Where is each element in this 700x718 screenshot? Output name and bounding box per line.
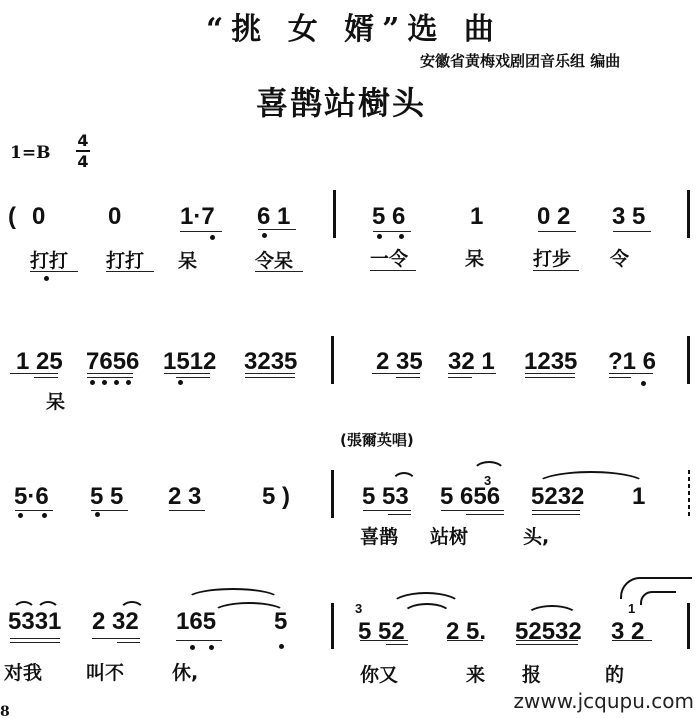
low-octave-dot [262,233,267,238]
lyric: 打打 [106,246,144,273]
barline [331,336,334,384]
note-group: ?1 6 [608,349,656,375]
underline [92,638,140,639]
underline [388,514,411,515]
lyric: 呆 [465,244,484,271]
underline [447,640,483,641]
underline [612,640,652,641]
note-group: 5 5 [90,484,123,510]
phrase-bracket [640,591,676,605]
underline [30,271,78,272]
note-group: 5232 [531,484,584,510]
barline [687,190,690,238]
low-octave-dot [399,234,404,239]
note-group: 7656 [86,349,139,375]
barline [331,603,334,649]
slur [526,605,578,616]
underline [396,377,420,378]
underline [373,231,411,232]
note-group: 2 5. [446,619,486,645]
low-octave-dot [209,645,214,650]
underline [532,514,580,515]
tie [535,471,647,485]
lyric: 站树 [430,522,468,549]
lyric: 报 [522,660,541,687]
barline-dashed [688,470,690,518]
time-signature-denominator: 4 [76,152,90,171]
underline [372,373,420,374]
underline [180,231,222,232]
key-signature: 1=B [10,143,50,163]
note-group: 2 35 [376,349,423,375]
note-group: 1·7 [180,204,215,230]
underline [609,373,653,374]
underline [370,270,416,271]
underline [34,377,58,378]
note-group: 0 [32,204,45,230]
low-octave-dot [42,513,47,518]
song-title: 喜鹊站樹头 [256,78,426,124]
underline [87,373,133,374]
underline [117,642,140,643]
time-signature-numerator: 4 [76,131,90,150]
lyric: 叫不 [86,658,124,685]
underline [363,510,411,511]
time-signature: 4 4 [76,131,90,171]
low-octave-dot [178,380,183,385]
underline [10,638,60,639]
lyric: 呆 [178,246,197,273]
underline [360,640,408,641]
underline [176,640,222,641]
note-group: 1512 [163,349,216,375]
note-group: 5 ) [262,484,290,510]
tie [212,602,286,613]
note-group: 5·6 [14,484,49,510]
underline [87,377,133,378]
underline [91,510,128,511]
note-group: 5 6 [372,204,405,230]
note-group: 1 [632,484,645,510]
arranger-credit: 安徽省黄梅戏剧团音乐组 编曲 [420,50,620,71]
low-octave-dot [95,512,100,517]
underline [609,377,631,378]
lyric: 的 [605,660,624,687]
watermark: zwww.jcqupu.com [514,689,694,713]
underline [448,377,472,378]
low-octave-dot [190,645,195,650]
low-octave-dot [279,644,284,649]
lyric: 一令 [370,244,408,271]
collection-title: “挑 女 婿”选 曲 [206,4,502,48]
note-group: 1 25 [16,349,63,375]
grace-note-mark: 1 [628,601,635,616]
lyric: 打步 [533,244,571,271]
slur [119,601,145,612]
underline [525,377,575,378]
triplet-mark: 3 [484,473,491,488]
lyric: 喜鹊 [360,522,398,549]
lyric: 令呆 [255,246,293,273]
underline [106,271,154,272]
low-octave-dot [126,380,131,385]
low-octave-dot [90,380,95,385]
underline [164,373,210,374]
underline [516,644,578,645]
underline [538,231,576,232]
note-group: 3 5 [612,204,645,230]
note-group: 2 3 [168,484,201,510]
underline [441,510,504,511]
note-group: 0 2 [537,204,570,230]
note-group: 32 1 [448,349,495,375]
underline [386,644,408,645]
note-group: 5 53 [362,484,409,510]
slur [12,601,36,612]
note-group: ( [8,204,16,230]
underline [613,231,651,232]
note-group: 0 [108,204,121,230]
barline [687,336,690,384]
underline [516,640,578,641]
slur [391,472,417,484]
slur [472,461,506,473]
underline [532,510,580,511]
note-group: 5331 [8,609,61,635]
slur [185,588,281,600]
grace-note-mark: 3 [355,601,362,616]
underline [10,642,60,643]
underline [258,229,296,230]
low-octave-dot [377,234,382,239]
underline [466,514,504,515]
note-group: 1235 [524,349,577,375]
low-octave-dot [18,513,23,518]
underline [245,373,295,374]
note-group: 6 1 [257,204,290,230]
lyric: 打打 [30,246,68,273]
lyric: 令 [610,244,629,271]
underline [533,270,579,271]
low-octave-dot [210,235,215,240]
singer-credit: (張爾英唱) [340,429,414,450]
underline [15,510,53,511]
underline [176,377,210,378]
barline [687,603,690,649]
underline [169,510,205,511]
note-group: 3 2 [611,619,644,645]
note-group: 52532 [515,619,582,645]
low-octave-dot [44,276,49,281]
lyric: 你又 [360,660,398,687]
low-octave-dot [114,380,119,385]
low-octave-dot [102,380,107,385]
page-corner-mark: 8 [0,704,10,718]
lyric: 头, [523,522,549,549]
underline [448,373,496,374]
note-group: 1 [470,204,483,230]
underline [525,373,575,374]
lyric: 呆 [46,387,65,414]
note-group: 3235 [244,349,297,375]
barline [331,470,334,518]
underline [10,373,58,374]
note-group: 165 [176,609,216,635]
lyric: 对我 [4,658,42,685]
low-octave-dot [641,381,646,386]
note-group: 5 52 [358,619,405,645]
slur [36,601,60,612]
note-group: 2 32 [92,609,139,635]
lyric: 来 [466,660,485,687]
underline [255,271,303,272]
underline [245,377,295,378]
barline [333,190,336,238]
lyric: 休, [172,658,198,685]
